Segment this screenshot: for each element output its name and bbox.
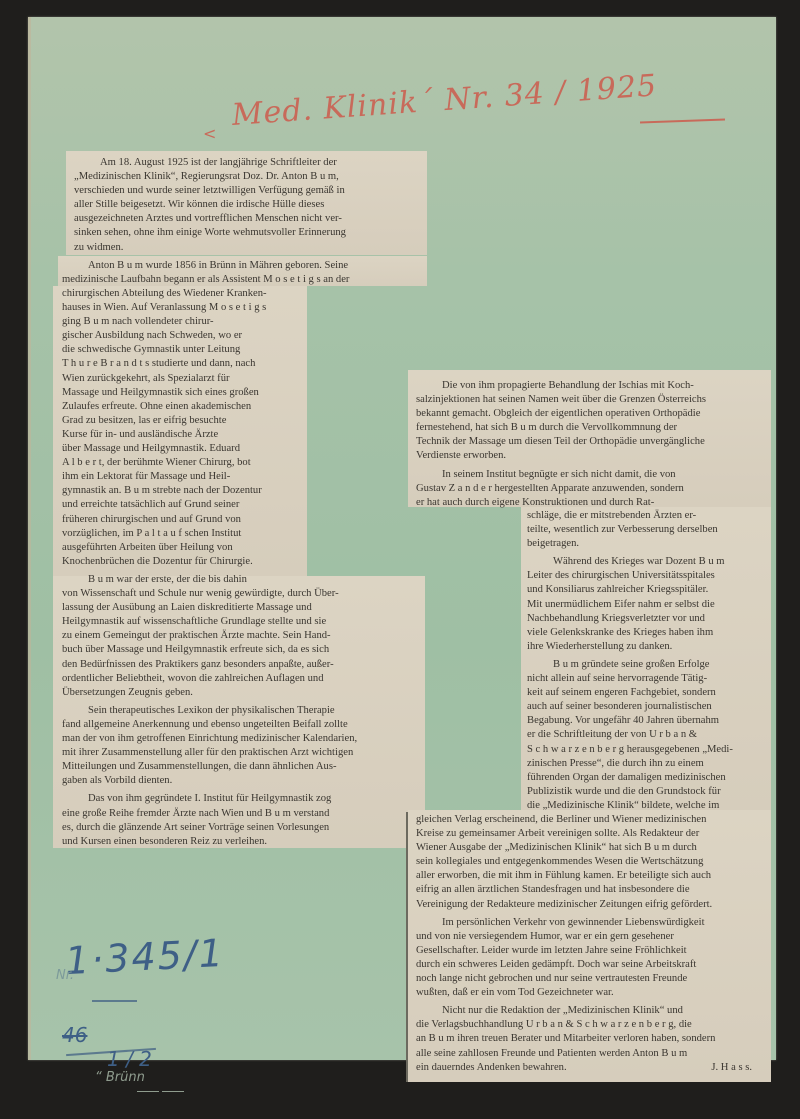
- text-line: wußten, daß er ein vom Tod Gezeichneter …: [416, 986, 766, 1000]
- text-line: und von nie versiegendem Humor, war er e…: [416, 930, 766, 944]
- text-line: Im persönlichen Verkehr von gewinnender …: [416, 916, 766, 930]
- sheet-edge: [28, 17, 31, 1060]
- text-line: Kreise zu gemeinsamer Arbeit vereinigen …: [416, 827, 766, 841]
- text-line: Publizistik wurde und die den Grundstock…: [527, 785, 767, 799]
- text-line: salzinjektionen hat seinen Namen weit üb…: [416, 393, 766, 407]
- text-line: eine große Reihe fremder Ärzte nach Wien…: [62, 807, 422, 821]
- text-line: bekannt gemacht. Obgleich der eigentlich…: [416, 407, 766, 421]
- accession-number: 1·345/1: [64, 931, 226, 983]
- text-line: beigetragen.: [527, 537, 767, 551]
- text-line: gleichen Verlag erscheinend, die Berline…: [416, 813, 766, 827]
- text-line: Nicht nur die Redaktion der „Medizinisch…: [416, 1004, 766, 1018]
- text-line: Am 18. August 1925 ist der langjährige S…: [74, 156, 422, 170]
- text-line: aller erworben, die mit ihm in Fühlung k…: [416, 869, 766, 883]
- clipping-biography-top-text: Anton B u m wurde 1856 in Brünn in Mähre…: [62, 259, 422, 287]
- clipping-intro-text: Am 18. August 1925 ist der langjährige S…: [74, 156, 422, 255]
- text-line: die schwedische Gymnastik unter Leitung: [62, 343, 305, 357]
- text-line: Während des Krieges war Dozent B u m: [527, 555, 767, 569]
- text-line: Gesellschafter. Leider wurde im letzten …: [416, 944, 766, 958]
- text-line: über Massage und Heilgymnastik. Eduard: [62, 442, 305, 456]
- clipping-career-narrow-text: schläge, die er mitstrebenden Ärzten er-…: [527, 509, 767, 813]
- text-line: ausgezeichneten Arztes und vortreffliche…: [74, 212, 422, 226]
- text-line: er hat auch durch eigene Konstruktionen …: [416, 496, 766, 510]
- text-line: und Konsiliarus zahlreicher Kriegsspitäl…: [527, 583, 767, 597]
- text-line: Mit unermüdlichem Eifer nahm er selbst d…: [527, 598, 767, 612]
- clipping-career-top-text: Die von ihm propagierte Behandlung der I…: [416, 379, 766, 510]
- text-line: man der von ihm getroffenen Einrichtung …: [62, 732, 422, 746]
- text-line: In seinem Institut begnügte er sich nich…: [416, 468, 766, 482]
- text-line: Vereinigung der Redakteure medizinischer…: [416, 898, 766, 912]
- text-line: S c h w a r z e n b e r g herausgegebene…: [527, 743, 767, 757]
- text-line: er die Schriftleitung der von U r b a n …: [527, 728, 767, 742]
- text-line: A l b e r t, der berühmte Wiener Chirurg…: [62, 456, 305, 470]
- text-line: an B u m ihren treuen Berater und Mitarb…: [416, 1032, 766, 1046]
- text-line: Gustav Z a n d e r hergestellten Apparat…: [416, 482, 766, 496]
- text-line: ihre Wiederherstellung zu danken.: [527, 640, 767, 654]
- text-line: gaben als Vorbild dienten.: [62, 774, 422, 788]
- text-line: B u m war der erste, der die bis dahin: [62, 573, 422, 587]
- text-line: teilte, wesentlich zur Verbesserung ders…: [527, 523, 767, 537]
- text-line: Zulaufes erfreute. Ohne einen akademisch…: [62, 400, 305, 414]
- text-line: und Kursen einen besonderen Reiz zu verl…: [62, 835, 422, 849]
- text-line: die Verlagsbuchhandlung U r b a n & S c …: [416, 1018, 766, 1032]
- text-line: Anton B u m wurde 1856 in Brünn in Mähre…: [62, 259, 422, 273]
- text-line: ausgeführten Arbeiten über Heilung von: [62, 541, 305, 555]
- text-line: chirurgischen Abteilung des Wiedener Kra…: [62, 287, 305, 301]
- text-line: „Medizinischen Klinik“, Regierungsrat Do…: [74, 170, 422, 184]
- text-line: lassung der Ausübung an Laien diskrediti…: [62, 601, 422, 615]
- text-line: schläge, die er mitstrebenden Ärzten er-: [527, 509, 767, 523]
- text-line: verschieden und wurde seiner letztwillig…: [74, 184, 422, 198]
- text-line: ein dauerndes Andenken bewahren.: [416, 1061, 567, 1075]
- text-line: zu widmen.: [74, 241, 422, 255]
- text-line: sinken sehen, ohne ihm einige Worte wehm…: [74, 226, 422, 240]
- text-line: noch lange nicht gebrochen und nur seine…: [416, 972, 766, 986]
- text-line: buch über Massage und Heilgymnastik erfr…: [62, 643, 422, 657]
- text-line: Grad zu besitzen, las er eifrig besuchte: [62, 414, 305, 428]
- text-line: eifrig an allen ärztlichen Standesfragen…: [416, 883, 766, 897]
- text-line: Kurse für in- und ausländische Ärzte: [62, 428, 305, 442]
- pencil-underline: [162, 1091, 184, 1092]
- box-number-struck: 46: [62, 1023, 87, 1047]
- text-line: auch auf seiner besonderen journalistisc…: [527, 700, 767, 714]
- text-line: Heilgymnastik auf wissenschaftliche Grun…: [62, 615, 422, 629]
- text-line: B u m gründete seine großen Erfolge: [527, 658, 767, 672]
- clipping-biography-bottom-text: B u m war der erste, der die bis dahin v…: [62, 573, 422, 849]
- text-line: Knochenbrüchen die Dozentur für Chirurgi…: [62, 555, 305, 569]
- text-line: früheren chirurgischen und auf Grund von: [62, 513, 305, 527]
- text-line: mit ihrer Zusammenstellung aller für den…: [62, 746, 422, 760]
- text-line: Technik der Massage um diesen Teil der O…: [416, 435, 766, 449]
- text-line: ordentlicher Beliebtheit, wovon die zahl…: [62, 672, 422, 686]
- text-line: Nachbehandlung Kriegsverletzter vor und: [527, 612, 767, 626]
- text-line: medizinische Laufbahn begann er als Assi…: [62, 273, 422, 287]
- text-line: von Wissenschaft und Schule nur wenig ge…: [62, 587, 422, 601]
- text-line: ging B u m nach vollendeter chirur-: [62, 315, 305, 329]
- header-bracket-mark: <: [203, 124, 216, 143]
- text-line: Begabung. Vor ungefähr 40 Jahren übernah…: [527, 714, 767, 728]
- text-line: Übersetzungen Zeugnis geben.: [62, 686, 422, 700]
- text-line: Sein therapeutisches Lexikon der physika…: [62, 704, 422, 718]
- accession-underline: [92, 1000, 137, 1002]
- text-line: aller Stille beigesetzt. Wir können die …: [74, 198, 422, 212]
- clipping-career-shadow: [406, 812, 408, 1082]
- text-line: führenden Organ der damaligen medizinisc…: [527, 771, 767, 785]
- text-line: fernestehend, hat sich B u m durch die V…: [416, 421, 766, 435]
- clipping-biography-narrow-text: chirurgischen Abteilung des Wiedener Kra…: [62, 287, 305, 569]
- text-line: Das von ihm gegründete I. Institut für H…: [62, 792, 422, 806]
- text-line: zinischen Presse“, die durch ihn zu eine…: [527, 757, 767, 771]
- text-line: vorzüglichen, im P a l t a u f schen Ins…: [62, 527, 305, 541]
- text-line: den Bedürfnissen des Praktikers ganz bes…: [62, 658, 422, 672]
- pencil-underline: [137, 1091, 159, 1092]
- text-line: keit auf seinem engeren Fachgebiet, sond…: [527, 686, 767, 700]
- box-number: 1 / 2: [107, 1047, 152, 1071]
- text-line: Die von ihm propagierte Behandlung der I…: [416, 379, 766, 393]
- clipping-career-bottom-text: gleichen Verlag erscheinend, die Berline…: [416, 813, 766, 1075]
- text-line: Leiter des chirurgischen Universitätsspi…: [527, 569, 767, 583]
- text-line: T h u r e B r a n d t s studierte und da…: [62, 357, 305, 371]
- text-line: die „Medizinische Klinik“ bildete, welch…: [527, 799, 767, 813]
- author-signature: J. H a s s.: [711, 1061, 766, 1075]
- text-line: und erreichte tatsächlich auf Grund sein…: [62, 498, 305, 512]
- text-line: Wien zurückgekehrt, als Spezialarzt für: [62, 372, 305, 386]
- text-line: fand allgemeine Anerkennung und ebenso u…: [62, 718, 422, 732]
- text-line: Mitteilungen und Zusammenstellungen, die…: [62, 760, 422, 774]
- pencil-place-note: “ Brünn: [95, 1070, 145, 1085]
- text-line: es, durch die glänzende Art seiner Vortr…: [62, 821, 422, 835]
- text-line: Massage und Heilgymnastik sich eines gro…: [62, 386, 305, 400]
- text-line: zu einem Gemeingut der praktischen Ärzte…: [62, 629, 422, 643]
- text-line: Verdienste erworben.: [416, 449, 766, 463]
- text-line: nicht allein auf seine hervorragende Tät…: [527, 672, 767, 686]
- text-line: sein kollegiales und entgegenkommendes W…: [416, 855, 766, 869]
- accession-prefix: Nr.: [56, 968, 74, 983]
- text-line: viele Gelenkskranke des Krieges haben ih…: [527, 626, 767, 640]
- text-line: Wiener Ausgabe der „Medizinischen Klinik…: [416, 841, 766, 855]
- text-line: gymnastik an. B u m strebte nach der Doz…: [62, 484, 305, 498]
- text-line: durch ein schweres Leiden gedämpft. Doch…: [416, 958, 766, 972]
- text-line: ihm ein Lektorat für Massage und Heil-: [62, 470, 305, 484]
- text-line: alle seine zahllosen Freunde und Patient…: [416, 1047, 766, 1061]
- text-line: gischer Ausbildung nach Schweden, wo er: [62, 329, 305, 343]
- text-line: hauses in Wien. Auf Veranlassung M o s e…: [62, 301, 305, 315]
